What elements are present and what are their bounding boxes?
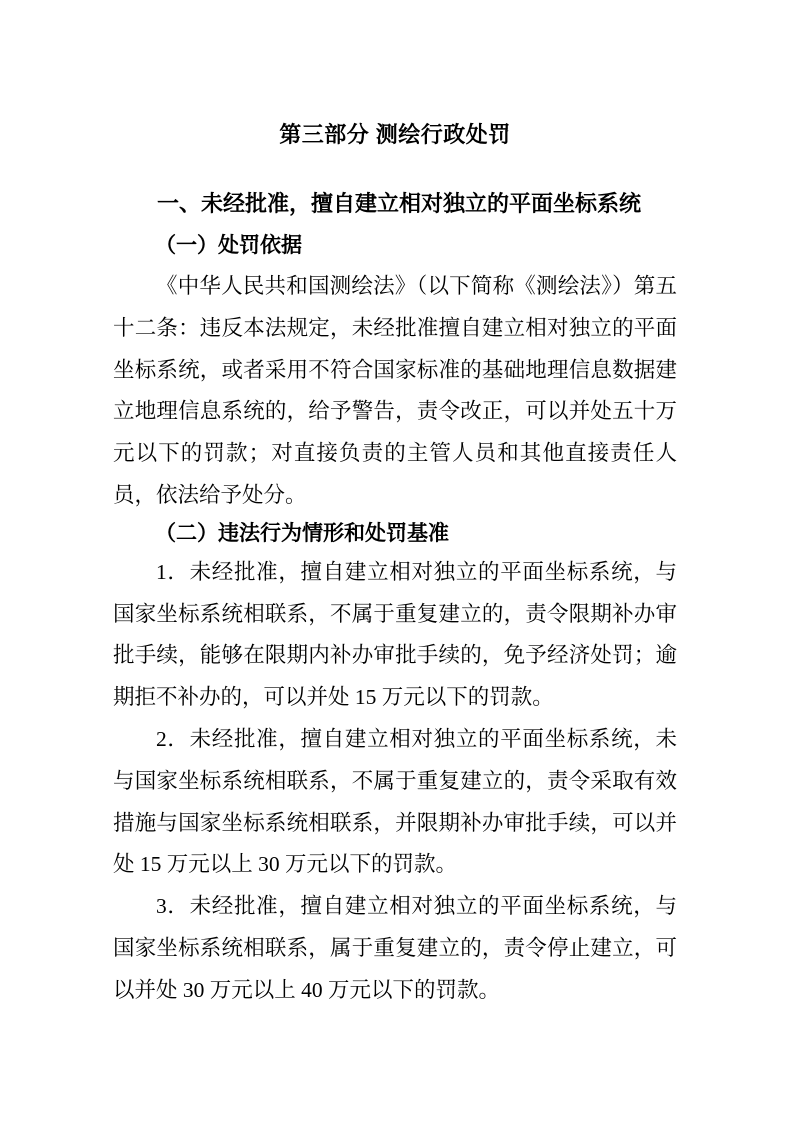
document-title: 第三部分 测绘行政处罚: [113, 120, 677, 150]
document-page: 第三部分 测绘行政处罚 一、未经批准，擅自建立相对独立的平面坐标系统 （一）处罚…: [0, 0, 793, 1122]
subsection-heading-penalty-basis: （一）处罚依据: [113, 229, 677, 261]
document-content: 第三部分 测绘行政处罚 一、未经批准，擅自建立相对独立的平面坐标系统 （一）处罚…: [113, 120, 677, 1012]
penalty-item-2: 2．未经批准，擅自建立相对独立的平面坐标系统，未与国家坐标系统相联系，不属于重复…: [113, 719, 677, 886]
penalty-item-1: 1．未经批准，擅自建立相对独立的平面坐标系统，与国家坐标系统相联系，不属于重复建…: [113, 552, 677, 719]
paragraph-penalty-basis: 《中华人民共和国测绘法》（以下简称《测绘法》）第五十二条：违反本法规定，未经批准…: [113, 266, 677, 517]
penalty-item-3: 3．未经批准，擅自建立相对独立的平面坐标系统，与国家坐标系统相联系，属于重复建立…: [113, 886, 677, 1011]
section-heading-unapproved-coordinate-system: 一、未经批准，擅自建立相对独立的平面坐标系统: [113, 188, 677, 220]
subsection-heading-violation-criteria: （二）违法行为情形和处罚基准: [113, 517, 677, 549]
